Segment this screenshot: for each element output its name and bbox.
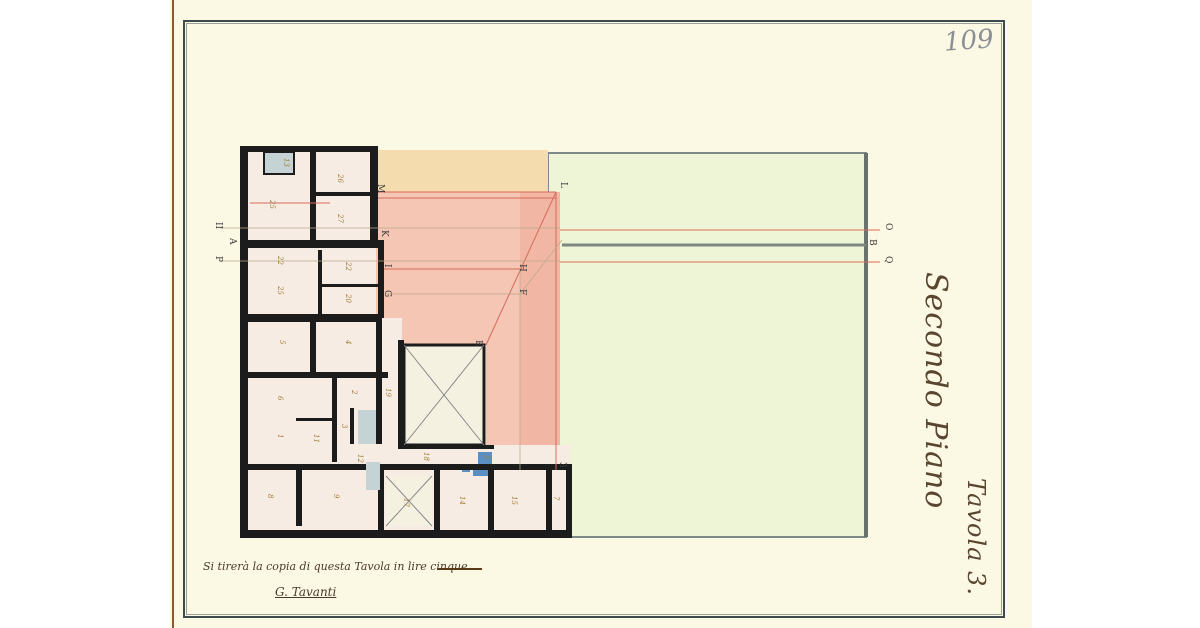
svg-text:2: 2: [350, 389, 358, 395]
svg-text:1: 1: [276, 434, 284, 438]
letter-g: G: [382, 290, 392, 297]
svg-text:11: 11: [312, 434, 320, 443]
svg-text:7: 7: [552, 496, 560, 501]
svg-text:17: 17: [402, 498, 410, 507]
drawing-title: Secondo Piano: [918, 272, 953, 509]
staircase-south: [366, 462, 380, 490]
copy-note: Si tirerà la copia di questa Tavola in l…: [203, 560, 468, 573]
svg-text:26: 26: [336, 173, 344, 183]
letter-k: K: [379, 230, 389, 237]
letter-l: L: [558, 182, 568, 188]
letter-q: Q: [883, 256, 893, 263]
building-west-wing: [242, 148, 376, 536]
svg-text:22: 22: [344, 261, 352, 271]
letter-e: E: [473, 340, 483, 347]
axis-label-a: A: [227, 237, 237, 245]
letter-o: O: [883, 223, 893, 230]
letter-f: F: [517, 289, 527, 295]
floor-plan: M K I G L H F E O B Q 3 II A P 13 26 27 …: [0, 0, 1200, 628]
svg-text:5: 5: [278, 340, 286, 345]
letter-i: I: [382, 264, 392, 268]
svg-text:6: 6: [276, 396, 284, 401]
garden-area: [548, 153, 866, 537]
letter-3: 3: [557, 462, 567, 468]
plate-label: Tavola 3.: [962, 478, 990, 596]
letter-b: B: [867, 239, 877, 246]
svg-text:13: 13: [282, 158, 290, 167]
svg-text:27: 27: [336, 213, 344, 223]
axis-label-p: P: [213, 256, 223, 262]
svg-text:25: 25: [268, 199, 276, 209]
svg-text:20: 20: [344, 293, 352, 303]
svg-text:3: 3: [340, 424, 348, 429]
svg-text:14: 14: [458, 496, 466, 505]
svg-text:15: 15: [510, 496, 518, 505]
signature: G. Tavanti: [275, 585, 336, 599]
axis-label-ii: II: [213, 222, 223, 230]
staircase-central: [358, 410, 376, 444]
svg-text:12: 12: [356, 454, 364, 463]
svg-text:9: 9: [332, 494, 340, 499]
svg-text:19: 19: [384, 388, 392, 397]
svg-text:2: 2: [482, 454, 490, 460]
upper-terrace: [376, 150, 548, 192]
svg-text:22: 22: [276, 255, 284, 265]
svg-text:8: 8: [266, 494, 274, 499]
svg-text:4: 4: [344, 339, 352, 344]
svg-text:25: 25: [276, 285, 284, 295]
letter-m: M: [375, 184, 385, 193]
letter-h: H: [517, 264, 527, 272]
svg-text:18: 18: [422, 452, 430, 461]
note-flourish: [437, 568, 482, 570]
